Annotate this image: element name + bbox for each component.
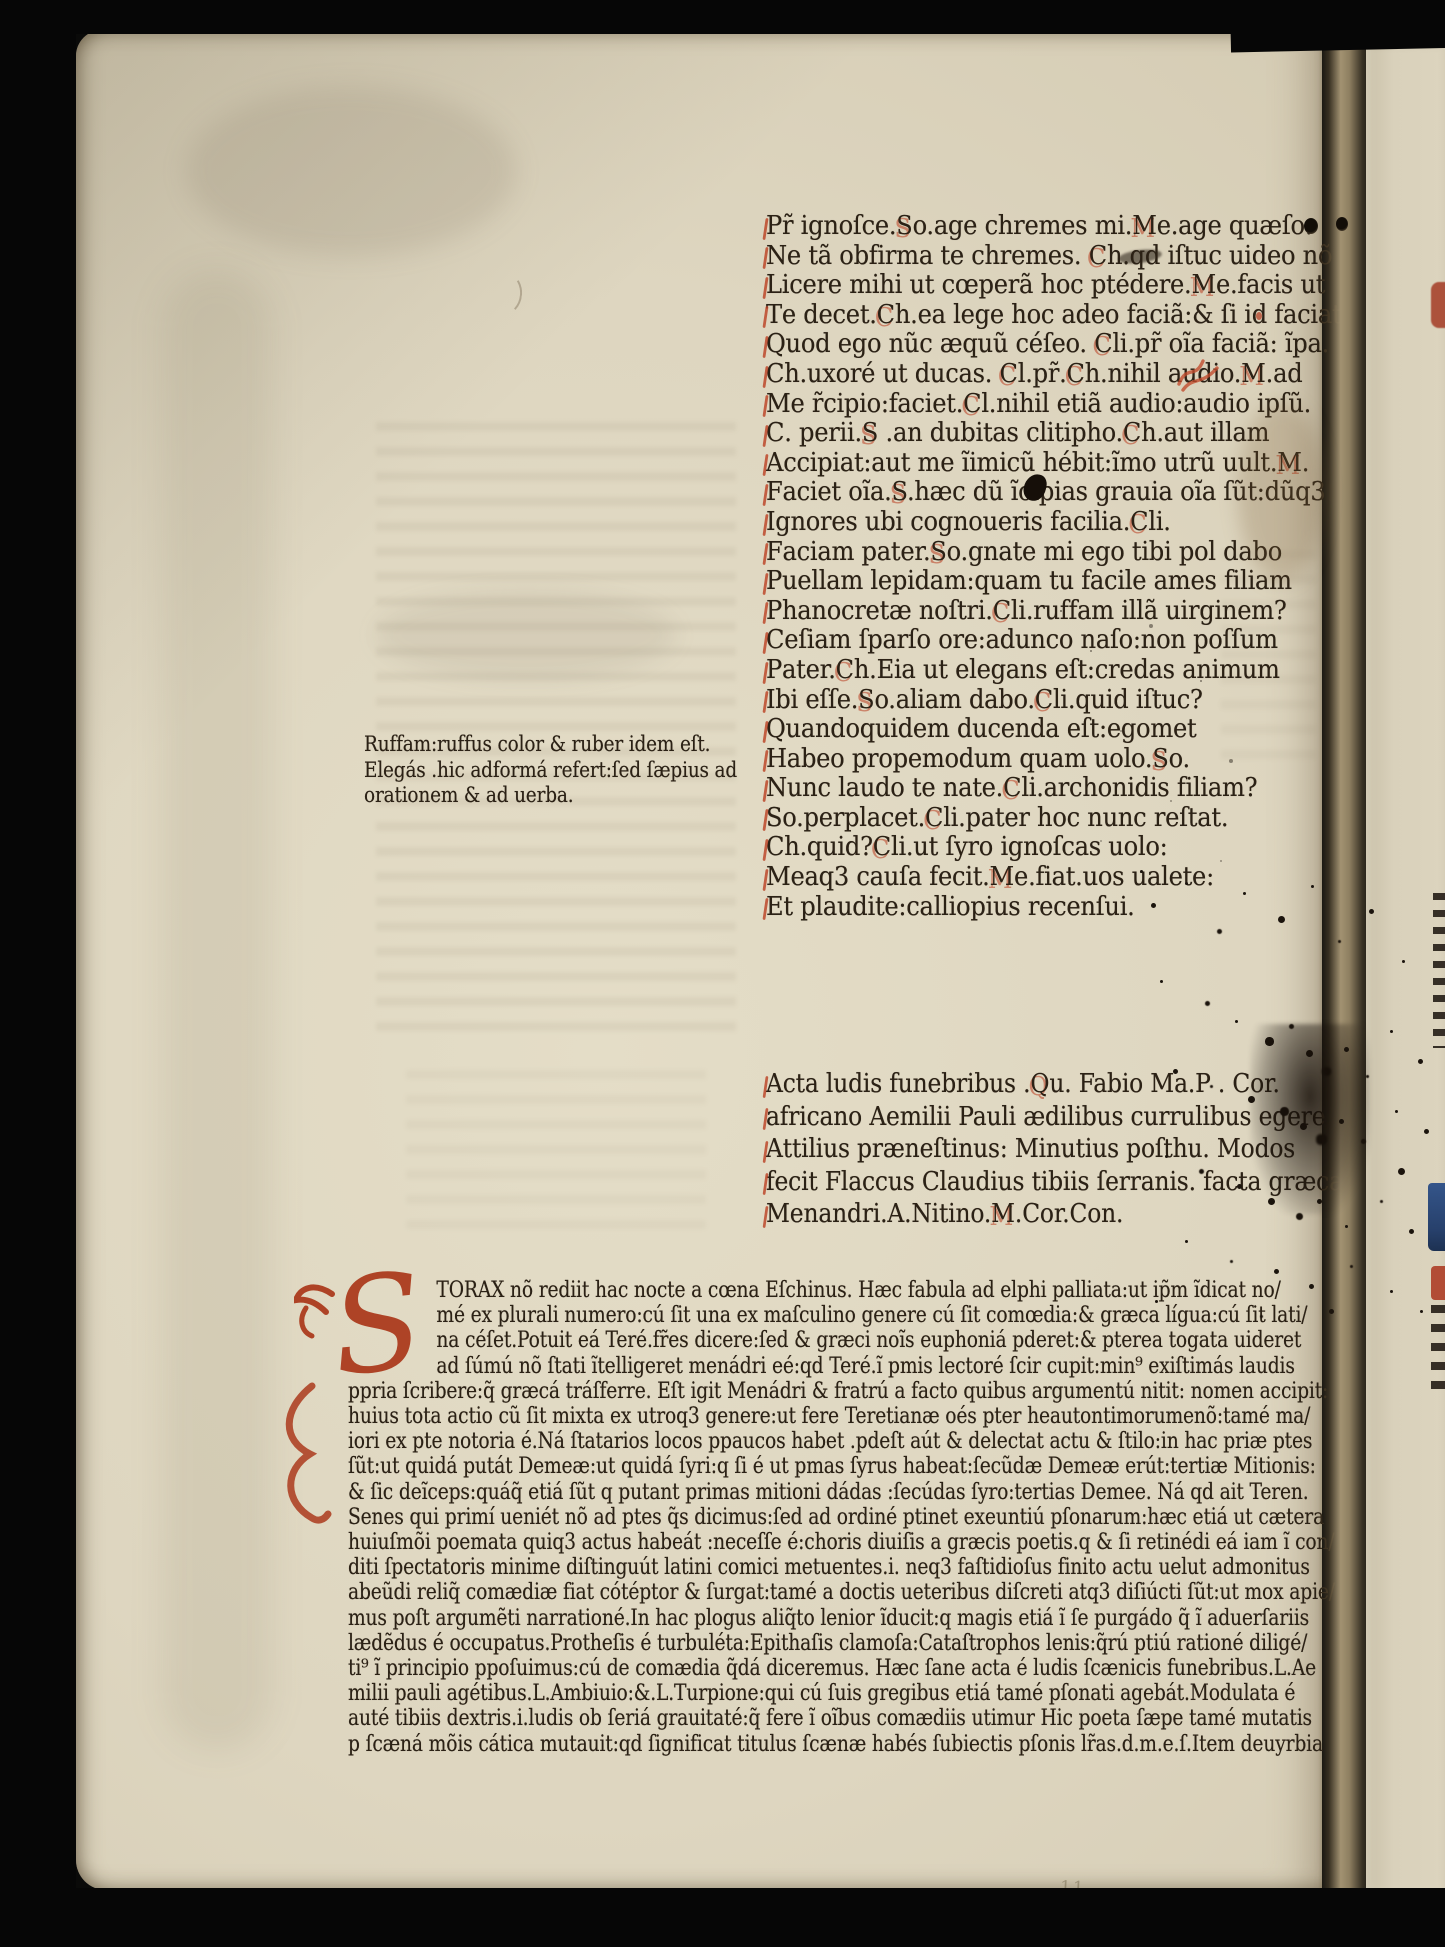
verse-line: Ne tã obfirma te chremes. Ch.qd iſtuc ui… [766, 242, 1324, 272]
verse-line: C. perii.S .an dubitas clitipho.Ch.aut i… [766, 419, 1324, 449]
commentary-line: ppria ſcribere:q̃ græcá tráſferre. Eſt i… [348, 1379, 1334, 1404]
binding-gutter-fold [1318, 30, 1372, 1890]
red-chalk-scribble [1176, 352, 1222, 396]
commentary-line: Senes qui primí ueniét nõ ad ptes q̃s di… [348, 1505, 1334, 1530]
stain-top-left [186, 86, 516, 256]
verse-line: Nunc laudo te nate.Cli.archonidis filiam… [766, 774, 1324, 804]
photo-background-top-right [1230, 0, 1445, 52]
facing-page-text-fragments [1433, 893, 1445, 1048]
red-fleck [1256, 312, 1262, 320]
verse-line: Quod ego nũc æquũ céſeo. Cli.pr̃ oĩa fac… [766, 330, 1324, 360]
didascalia-line: Attilius præneſtinus: Minutius poſthu. M… [766, 1133, 1324, 1166]
facing-page-blue-initial-fragment [1428, 1183, 1445, 1251]
commentary-line: ſũt:ut quidá putát Demeæ:ut quidá ſyri:q… [348, 1454, 1334, 1479]
verse-line: Et plaudite:calliopius recenſui. [766, 893, 1324, 923]
photo-background-top [0, 0, 1445, 34]
initial-letter: S [324, 1248, 430, 1398]
verse-line: Puellam lepidam:quam tu facile ames fili… [766, 567, 1324, 597]
commentary-line: huiuſmõi poemata quiq3 actus habeát :nec… [348, 1530, 1334, 1555]
verse-line: Habeo propemodum quam uolo.So. [766, 745, 1324, 775]
show-through-text [406, 1070, 706, 1240]
verse-line: Pr̃ ignoſce.So.age chremes mi.Me.age quæ… [766, 212, 1324, 242]
facing-page-red-initial-fragment [1431, 1266, 1445, 1300]
gloss-line: Elegás .hic adformá refert:ſed ſæpius ad [364, 758, 734, 784]
soot-dense-core [1250, 1024, 1370, 1214]
verse-line: Te decet.Ch.ea lege hoc adeo faciã:& ſi … [766, 301, 1324, 331]
photo-background-left [0, 0, 76, 1947]
soot-speckles-sparse [1060, 610, 1062, 612]
verse-line: Pater.Ch.Eia ut elegans eſt:credas animu… [766, 656, 1324, 686]
verse-line: Ch.uxoré ut ducas. Cl.pr̃.Ch.nihil audio… [766, 360, 1324, 390]
commentary-line: & ſic deĩceps:quáq̃ etiá ſũt q putant pr… [348, 1480, 1334, 1505]
commentary-line: na céſet.Potuit eá Teré.fr̃es dicere:ſed… [348, 1328, 1334, 1353]
red-wax-fragment [1431, 282, 1445, 328]
gloss-line: orationem & ad uerba. [364, 783, 734, 809]
verse-line: Meaq3 cauſa fecit.Me.fiat.uos ualete: [766, 863, 1324, 893]
didascalia-line: fecit Flaccus Claudius tibiis ſerranis. … [766, 1166, 1324, 1199]
commentary-line: TORAX nõ rediit hac nocte a cœna Eſchinu… [348, 1278, 1334, 1303]
verse-line: Licere mihi ut cœperã hoc ptédere.Me.fac… [766, 271, 1324, 301]
gloss-line: Ruffam:ruffus color & ruber idem eſt. [364, 732, 734, 758]
verse-line: Phanocretæ noſtri.Cli.ruffam illã uirgin… [766, 597, 1324, 627]
commentary-line: p ſcæná mõis cática mutauit:qd ſignifica… [348, 1732, 1334, 1757]
commentary-line: abeũdi reliq̃ comædiæ fiat cótéptor & ſu… [348, 1580, 1334, 1605]
commentary-line: ad ſúmú nõ ſtati ĩtelligeret menádri eé:… [348, 1354, 1334, 1379]
facing-page-text-fragments [1431, 1305, 1445, 1400]
left-page-vellum: Pr̃ ignoſce.So.age chremes mi.Me.age quæ… [76, 30, 1322, 1890]
verse-line: Faciam pater.So.gnate mi ego tibi pol da… [766, 538, 1324, 568]
commentary-line: milii pauli agétibus.L.Ambiuio:&.L.Turpi… [348, 1681, 1334, 1706]
verse-line: So.perplacet.Cli.pater hoc nunc reſtat. [766, 804, 1324, 834]
commentary-line: iori ex pte notoria é.Ná ſtatarios locos… [348, 1429, 1334, 1454]
didascalia-line: Menandri.A.Nitino.M.Cor.Con. [766, 1198, 1324, 1231]
verse-line: Ceſiam ſparſo ore:adunco naſo:non poſſum [766, 626, 1324, 656]
wormhole [1336, 217, 1348, 231]
show-through-text [376, 422, 736, 1040]
wormhole [1304, 218, 1318, 234]
margin-gloss: Ruffam:ruffus color & ruber idem eſt.Ele… [364, 732, 784, 809]
commentary-block: TORAX nõ rediit hac nocte a cœna Eſchinu… [348, 1278, 1445, 1757]
photo-of-incunabulum-page: Pr̃ ignoſce.So.age chremes mi.Me.age quæ… [0, 0, 1445, 1947]
verse-line: Me r̃cipio:faciet.Cl.nihil etiã audio:au… [766, 390, 1324, 420]
faint-arc-mark [490, 273, 524, 316]
soot-speckles [1140, 870, 1143, 873]
rubricated-initial-s-icon: S [294, 1248, 464, 1398]
commentary-line: ti⁹ ĩ principio ppoſuimus:cú de comædia … [348, 1656, 1334, 1681]
left-edge-shading [162, 270, 272, 1750]
verse-line: Ibi eſſe.So.aliam dabo.Cli.quid iſtuc? [766, 686, 1324, 716]
commentary-line: diti ſpectatoris minime diſtinguút latin… [348, 1555, 1334, 1580]
photo-background-bottom [0, 1888, 1445, 1947]
commentary-line: mé ex plurali numero:cú ſit una ex maſcu… [348, 1303, 1334, 1328]
commentary-line: mus poſt argumẽti narrationé.In hac plog… [348, 1606, 1334, 1631]
verse-line: Ch.quid?Cli.ut ſyro ignoſcas uolo: [766, 833, 1324, 863]
gutter-stain [1238, 402, 1324, 582]
commentary-line: lædẽdus é occupatus.Protheſis é turbulét… [348, 1631, 1334, 1656]
didascalia-line: africano Aemilii Pauli ædilibus currulib… [766, 1101, 1324, 1134]
initial-flourish-swash [272, 1382, 336, 1542]
verse-line: Quandoquidem ducenda eſt:egomet [766, 715, 1324, 745]
commentary-line: auté tibiis dextris.i.ludis ob ſeriá gra… [348, 1706, 1334, 1731]
didascalia-line: Acta ludis funebribus .Qu. Fabio Ma.P . … [766, 1068, 1324, 1101]
commentary-line: huius tota actio cũ ſit mixta ex utroq3 … [348, 1404, 1334, 1429]
